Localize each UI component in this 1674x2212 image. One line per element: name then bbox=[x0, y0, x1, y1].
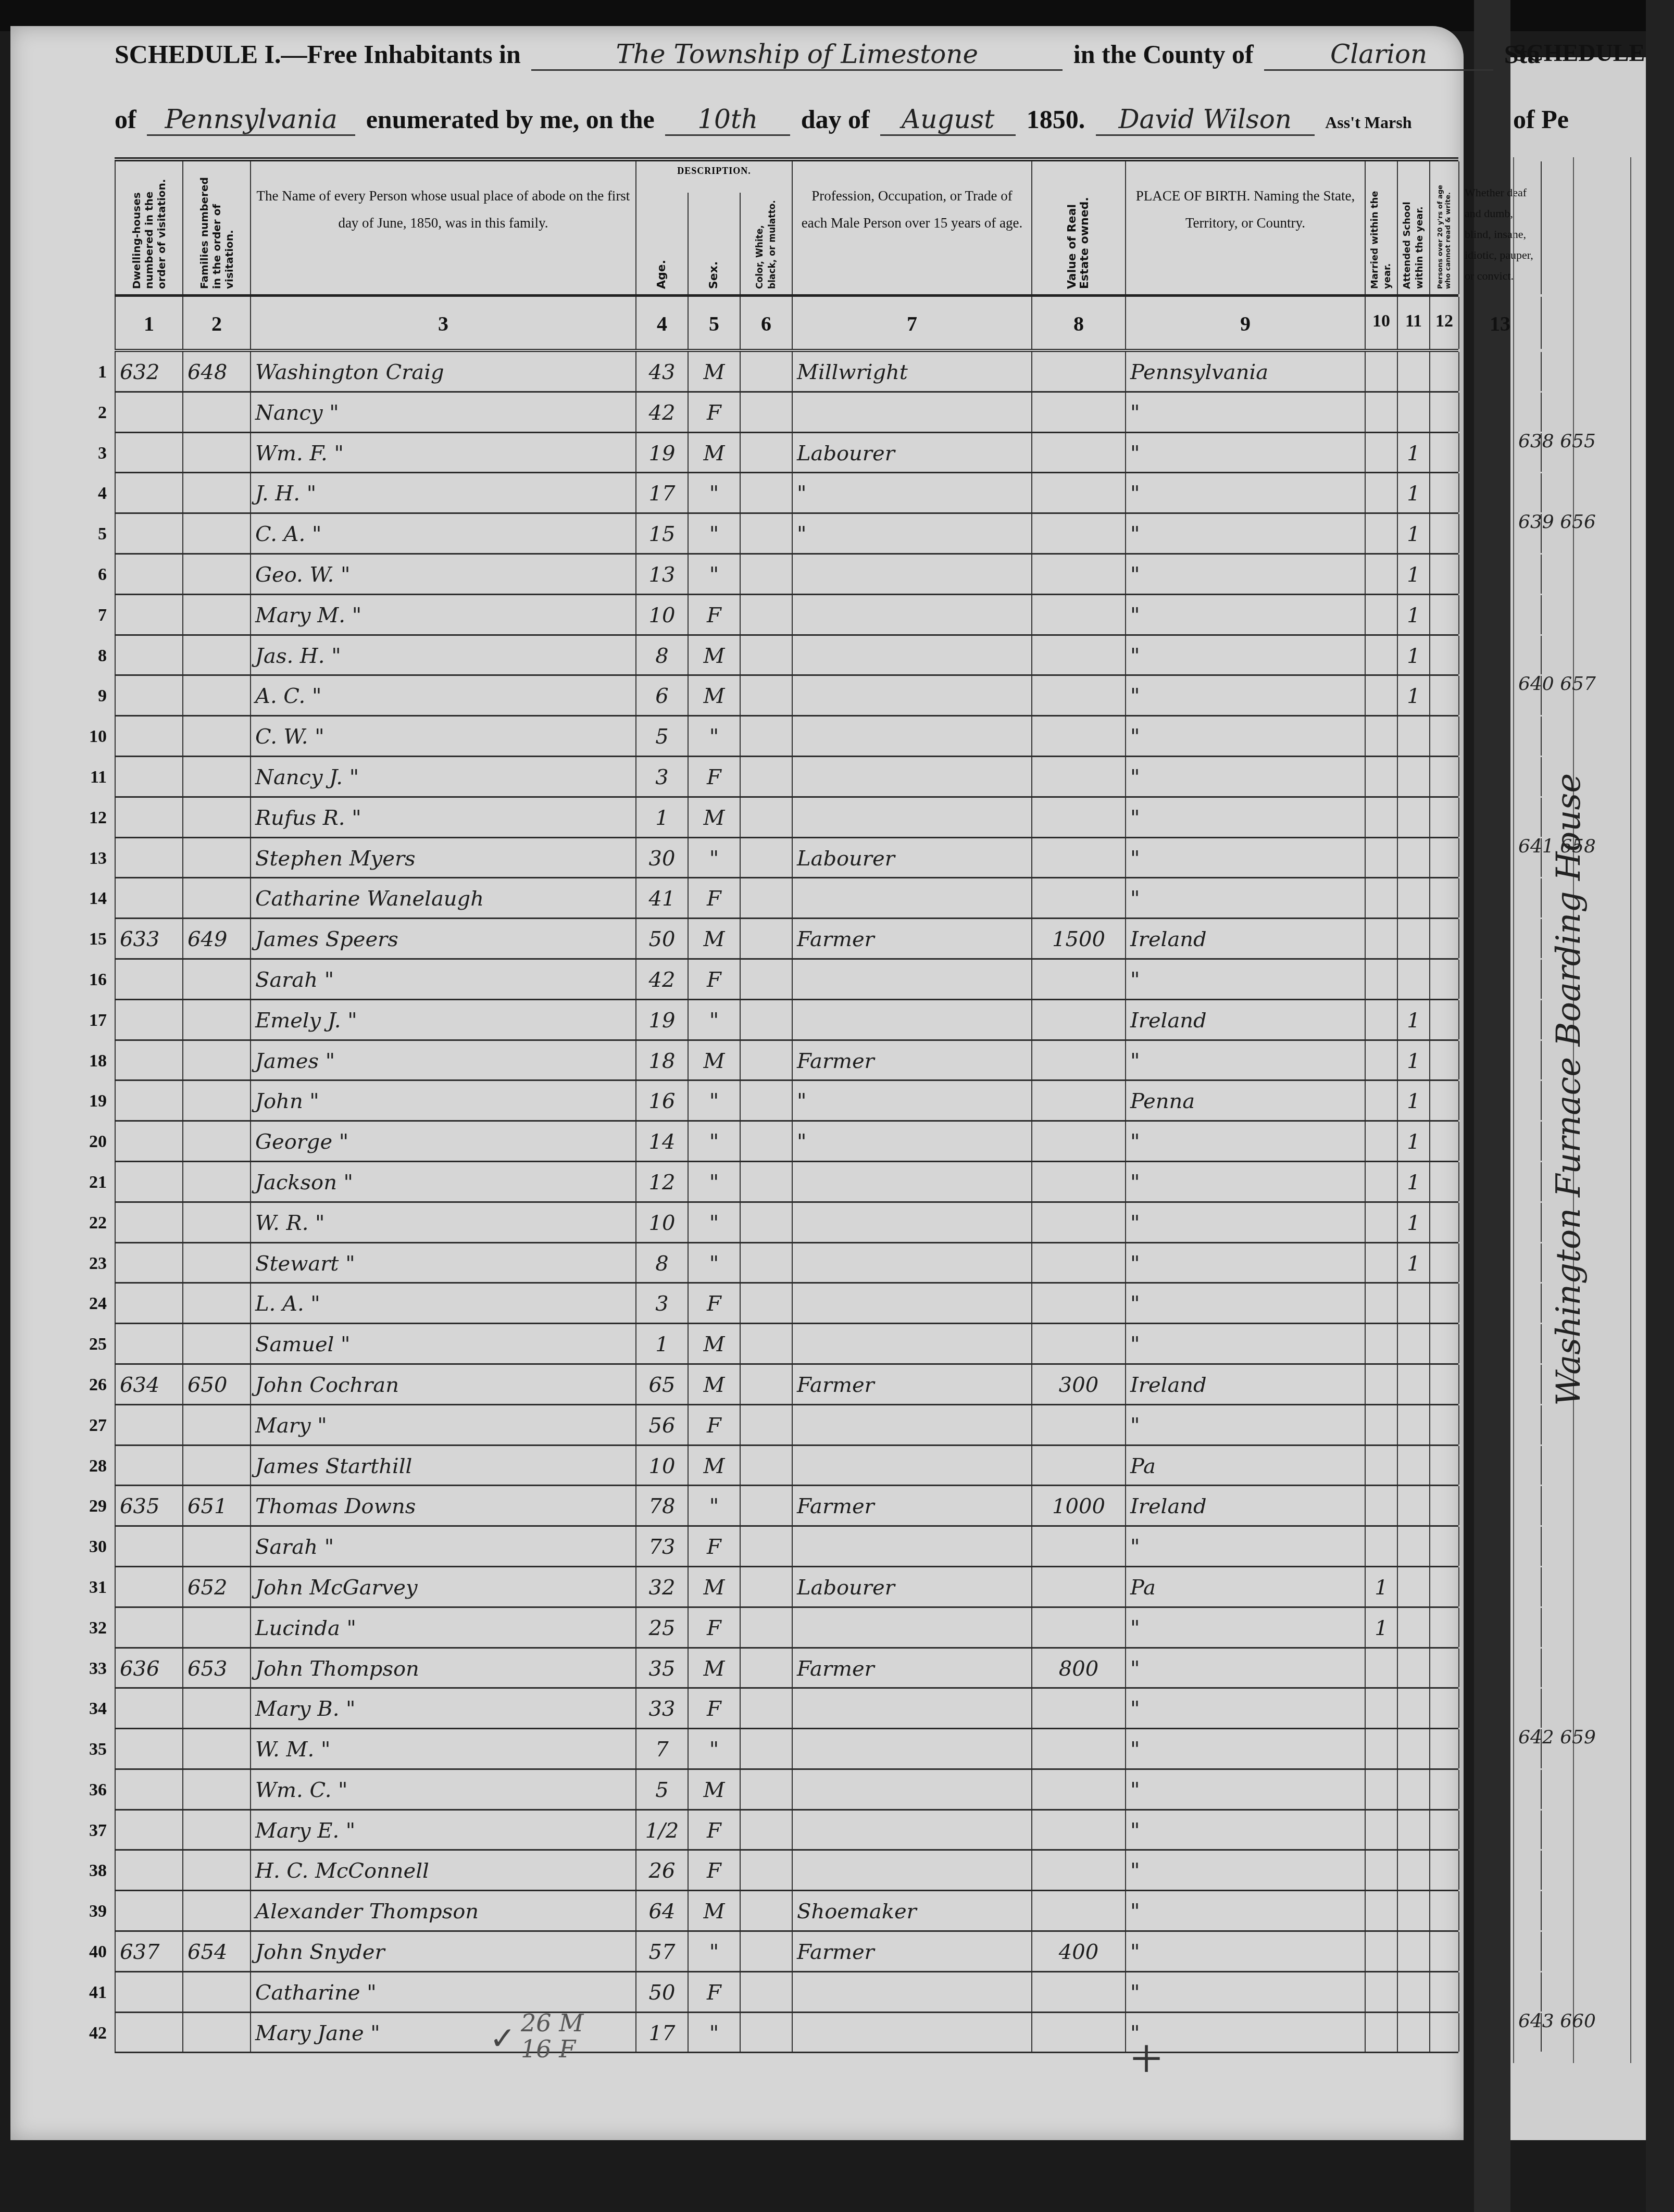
infirmity-cell bbox=[1458, 1770, 1542, 1809]
married-cell bbox=[1365, 717, 1397, 756]
name-cell: W. M. " bbox=[250, 1729, 635, 1768]
color-cell bbox=[740, 1365, 792, 1404]
occupation-cell: " bbox=[792, 514, 1031, 553]
sex-tally: 26 M 16 F bbox=[521, 2010, 583, 2062]
married-cell bbox=[1365, 838, 1397, 877]
line-number: 14 bbox=[78, 889, 107, 909]
color-cell bbox=[740, 1567, 792, 1606]
real-estate-cell bbox=[1031, 1527, 1125, 1566]
married-cell bbox=[1365, 878, 1397, 918]
color-cell bbox=[740, 838, 792, 877]
birthplace-cell: " bbox=[1125, 1284, 1365, 1323]
family-cell bbox=[182, 960, 250, 999]
illiterate-cell bbox=[1429, 717, 1458, 756]
dwelling-cell bbox=[115, 636, 182, 675]
sex-cell: " bbox=[688, 838, 740, 877]
name-cell: John McGarvey bbox=[250, 1567, 635, 1606]
line-number: 11 bbox=[78, 768, 107, 787]
table-row: 12Rufus R. "1M" bbox=[115, 798, 1458, 838]
cross-mark: + bbox=[1130, 2026, 1163, 2092]
occupation-cell bbox=[792, 1689, 1031, 1728]
family-cell bbox=[182, 838, 250, 877]
color-cell bbox=[740, 1446, 792, 1485]
name-cell: Alexander Thompson bbox=[250, 1891, 635, 1930]
census-table: Dwelling-houses numbered in the order of… bbox=[115, 157, 1458, 2053]
table-row: 41Catharine "50F" bbox=[115, 1972, 1458, 2013]
real-estate-cell bbox=[1031, 1081, 1125, 1120]
of-label: of bbox=[115, 105, 136, 134]
illiterate-cell bbox=[1429, 838, 1458, 877]
family-cell bbox=[182, 473, 250, 512]
census-rows: 1632648Washington Craig43MMillwrightPenn… bbox=[115, 352, 1458, 2053]
birthplace-cell: " bbox=[1125, 514, 1365, 553]
family-cell bbox=[182, 1000, 250, 1039]
occupation-cell bbox=[792, 798, 1031, 837]
occupation-cell bbox=[792, 1162, 1031, 1201]
line-number: 4 bbox=[78, 484, 107, 504]
infirmity-cell bbox=[1458, 1811, 1542, 1850]
family-cell bbox=[182, 757, 250, 796]
color-cell bbox=[740, 1203, 792, 1242]
family-cell bbox=[182, 1324, 250, 1363]
line-number: 30 bbox=[78, 1537, 107, 1557]
dwelling-cell bbox=[115, 1446, 182, 1485]
adjacent-entry: 642 659 bbox=[1518, 1727, 1596, 1748]
sex-cell: M bbox=[688, 1770, 740, 1809]
real-estate-cell bbox=[1031, 1567, 1125, 1606]
color-cell bbox=[740, 878, 792, 918]
occupation-cell bbox=[792, 2013, 1031, 2052]
name-cell: James " bbox=[250, 1041, 635, 1080]
birthplace-cell: " bbox=[1125, 1203, 1365, 1242]
birthplace-cell: " bbox=[1125, 1932, 1365, 1971]
col-num-4: 4 bbox=[636, 311, 688, 336]
name-cell: Catharine Wanelaugh bbox=[250, 878, 635, 918]
table-row: 39Alexander Thompson64MShoemaker" bbox=[115, 1891, 1458, 1932]
infirmity-cell bbox=[1458, 757, 1542, 796]
occupation-cell bbox=[792, 636, 1031, 675]
dwelling-cell bbox=[115, 595, 182, 634]
infirmity-cell bbox=[1458, 1649, 1542, 1688]
birthplace-cell: " bbox=[1125, 1243, 1365, 1283]
table-row: 20George "14"""1 bbox=[115, 1122, 1458, 1162]
enumerated-label: enumerated by me, on the bbox=[366, 105, 655, 134]
birthplace-cell: " bbox=[1125, 676, 1365, 715]
color-cell bbox=[740, 636, 792, 675]
infirmity-cell bbox=[1458, 636, 1542, 675]
family-cell bbox=[182, 514, 250, 553]
real-estate-cell: 400 bbox=[1031, 1932, 1125, 1971]
married-cell bbox=[1365, 1365, 1397, 1404]
table-row: 19John "16""Penna1 bbox=[115, 1081, 1458, 1122]
age-cell: 8 bbox=[635, 636, 688, 675]
name-cell: Mary M. " bbox=[250, 595, 635, 634]
family-cell bbox=[182, 1284, 250, 1323]
infirmity-cell bbox=[1458, 1284, 1542, 1323]
family-cell bbox=[182, 1891, 250, 1930]
birthplace-cell: " bbox=[1125, 1122, 1365, 1161]
birthplace-cell: " bbox=[1125, 878, 1365, 918]
sex-cell: " bbox=[688, 1203, 740, 1242]
color-cell bbox=[740, 757, 792, 796]
name-cell: Nancy J. " bbox=[250, 757, 635, 796]
married-cell bbox=[1365, 514, 1397, 553]
dwelling-cell: 632 bbox=[115, 352, 182, 391]
adjacent-entry: 640 657 bbox=[1518, 673, 1596, 695]
dwelling-cell: 635 bbox=[115, 1486, 182, 1525]
color-cell bbox=[740, 1608, 792, 1647]
illiterate-cell bbox=[1429, 1203, 1458, 1242]
name-cell: John Thompson bbox=[250, 1649, 635, 1688]
married-cell bbox=[1365, 636, 1397, 675]
dwelling-cell bbox=[115, 676, 182, 715]
family-cell bbox=[182, 1243, 250, 1283]
day-field: 10th bbox=[665, 104, 790, 136]
school-cell bbox=[1397, 1649, 1429, 1688]
birthplace-cell: Pa bbox=[1125, 1567, 1365, 1606]
family-cell bbox=[182, 595, 250, 634]
married-cell bbox=[1365, 1811, 1397, 1850]
birthplace-cell: " bbox=[1125, 757, 1365, 796]
dwelling-cell bbox=[115, 473, 182, 512]
infirmity-cell bbox=[1458, 393, 1542, 432]
dwelling-cell bbox=[115, 514, 182, 553]
birthplace-cell: " bbox=[1125, 1811, 1365, 1850]
illiterate-cell bbox=[1429, 1689, 1458, 1728]
school-cell bbox=[1397, 2013, 1429, 2052]
illiterate-cell bbox=[1429, 636, 1458, 675]
line-number: 35 bbox=[78, 1740, 107, 1759]
school-cell bbox=[1397, 393, 1429, 432]
age-cell: 10 bbox=[635, 1203, 688, 1242]
real-estate-cell bbox=[1031, 717, 1125, 756]
table-row: 1632648Washington Craig43MMillwrightPenn… bbox=[115, 352, 1458, 393]
dwelling-cell bbox=[115, 1770, 182, 1809]
illiterate-cell bbox=[1429, 1851, 1458, 1890]
birthplace-cell: Pa bbox=[1125, 1446, 1365, 1485]
illiterate-cell bbox=[1429, 555, 1458, 594]
table-row: 34Mary B. "33F" bbox=[115, 1689, 1458, 1729]
family-cell bbox=[182, 1081, 250, 1120]
dwelling-cell bbox=[115, 2013, 182, 2052]
line-number: 22 bbox=[78, 1213, 107, 1233]
color-cell bbox=[740, 1405, 792, 1444]
name-cell: John " bbox=[250, 1081, 635, 1120]
line-number: 33 bbox=[78, 1659, 107, 1679]
married-cell bbox=[1365, 555, 1397, 594]
birthplace-cell: " bbox=[1125, 1527, 1365, 1566]
married-cell bbox=[1365, 473, 1397, 512]
school-cell: 1 bbox=[1397, 1243, 1429, 1283]
real-estate-cell bbox=[1031, 514, 1125, 553]
occupation-cell bbox=[792, 1608, 1031, 1647]
age-cell: 1/2 bbox=[635, 1811, 688, 1850]
color-cell bbox=[740, 1649, 792, 1688]
infirmity-cell bbox=[1458, 798, 1542, 837]
illiterate-cell bbox=[1429, 960, 1458, 999]
occupation-cell: Farmer bbox=[792, 1041, 1031, 1080]
age-cell: 19 bbox=[635, 1000, 688, 1039]
col-header-name: The Name of every Person whose usual pla… bbox=[250, 161, 635, 294]
illiterate-cell bbox=[1429, 1527, 1458, 1566]
name-cell: Mary E. " bbox=[250, 1811, 635, 1850]
infirmity-cell bbox=[1458, 1365, 1542, 1404]
school-cell: 1 bbox=[1397, 1000, 1429, 1039]
name-cell: James Speers bbox=[250, 919, 635, 958]
dwelling-cell bbox=[115, 1081, 182, 1120]
scan-edge bbox=[1646, 0, 1674, 2212]
infirmity-cell bbox=[1458, 878, 1542, 918]
year-label: 1850. bbox=[1027, 105, 1085, 134]
real-estate-cell bbox=[1031, 433, 1125, 472]
illiterate-cell bbox=[1429, 1243, 1458, 1283]
school-cell bbox=[1397, 798, 1429, 837]
age-cell: 14 bbox=[635, 1122, 688, 1161]
birthplace-cell: Ireland bbox=[1125, 1486, 1365, 1525]
married-cell bbox=[1365, 919, 1397, 958]
school-cell bbox=[1397, 1324, 1429, 1363]
dwelling-cell bbox=[115, 1811, 182, 1850]
infirmity-cell bbox=[1458, 1203, 1542, 1242]
col-num-7: 7 bbox=[793, 311, 1031, 336]
name-cell: Wm. F. " bbox=[250, 433, 635, 472]
family-cell bbox=[182, 1811, 250, 1850]
birthplace-cell: " bbox=[1125, 1324, 1365, 1363]
table-row: 23Stewart "8""1 bbox=[115, 1243, 1458, 1284]
age-cell: 16 bbox=[635, 1081, 688, 1120]
illiterate-cell bbox=[1429, 1649, 1458, 1688]
illiterate-cell bbox=[1429, 1122, 1458, 1161]
occupation-cell bbox=[792, 1405, 1031, 1444]
table-row: 32Lucinda "25F"1 bbox=[115, 1608, 1458, 1649]
table-row: 15633649James Speers50MFarmer1500Ireland bbox=[115, 919, 1458, 960]
married-cell bbox=[1365, 1203, 1397, 1242]
married-cell bbox=[1365, 1972, 1397, 2012]
county-label: in the County of bbox=[1073, 40, 1254, 69]
line-number: 27 bbox=[78, 1416, 107, 1436]
table-row: 8Jas. H. "8M"1 bbox=[115, 636, 1458, 676]
color-cell bbox=[740, 798, 792, 837]
school-cell: 1 bbox=[1397, 1081, 1429, 1120]
dwelling-cell bbox=[115, 757, 182, 796]
real-estate-cell bbox=[1031, 1608, 1125, 1647]
illiterate-cell bbox=[1429, 1405, 1458, 1444]
infirmity-cell bbox=[1458, 1081, 1542, 1120]
dwelling-cell bbox=[115, 1527, 182, 1566]
school-cell bbox=[1397, 1689, 1429, 1728]
adjacent-col-line bbox=[1630, 157, 1631, 2063]
real-estate-cell bbox=[1031, 1122, 1125, 1161]
name-cell: J. H. " bbox=[250, 473, 635, 512]
line-number: 5 bbox=[78, 524, 107, 544]
school-cell bbox=[1397, 1608, 1429, 1647]
infirmity-cell bbox=[1458, 1324, 1542, 1363]
name-cell: Mary B. " bbox=[250, 1689, 635, 1728]
age-cell: 35 bbox=[635, 1649, 688, 1688]
married-cell bbox=[1365, 676, 1397, 715]
county-field: Clarion bbox=[1264, 39, 1493, 71]
table-row: 9A. C. "6M"1 bbox=[115, 676, 1458, 717]
line-number: 12 bbox=[78, 808, 107, 828]
col-header-illiterate: Persons over 20 y'rs of age who cannot r… bbox=[1429, 161, 1458, 294]
birthplace-cell: " bbox=[1125, 393, 1365, 432]
school-cell bbox=[1397, 1486, 1429, 1525]
col-num-1: 1 bbox=[116, 311, 182, 336]
line-number: 2 bbox=[78, 403, 107, 423]
school-cell: 1 bbox=[1397, 676, 1429, 715]
married-cell bbox=[1365, 595, 1397, 634]
married-cell bbox=[1365, 1446, 1397, 1485]
line-number: 24 bbox=[78, 1294, 107, 1314]
family-cell bbox=[182, 636, 250, 675]
check-mark: ✓ bbox=[490, 2020, 516, 2057]
color-cell bbox=[740, 1811, 792, 1850]
col-header-family: Families numbered in the order of visita… bbox=[182, 161, 250, 294]
school-cell: 1 bbox=[1397, 636, 1429, 675]
asst-marshal-label: Ass't Marsh bbox=[1325, 113, 1411, 132]
occupation-cell bbox=[792, 393, 1031, 432]
real-estate-cell: 800 bbox=[1031, 1649, 1125, 1688]
sex-cell: " bbox=[688, 1729, 740, 1768]
age-cell: 17 bbox=[635, 2013, 688, 2052]
illiterate-cell bbox=[1429, 1932, 1458, 1971]
age-cell: 43 bbox=[635, 352, 688, 391]
table-row: 21Jackson "12""1 bbox=[115, 1162, 1458, 1203]
family-cell: 652 bbox=[182, 1567, 250, 1606]
adjacent-vertical-note: Washington Furnace Boarding House bbox=[1550, 773, 1588, 1406]
married-cell bbox=[1365, 1851, 1397, 1890]
school-cell: 1 bbox=[1397, 1162, 1429, 1201]
sex-cell: M bbox=[688, 636, 740, 675]
birthplace-cell: " bbox=[1125, 1770, 1365, 1809]
table-row: 42Mary Jane "17"" bbox=[115, 2013, 1458, 2054]
table-row: 10C. W. "5"" bbox=[115, 717, 1458, 757]
adjacent-page-title: SCHEDULE bbox=[1513, 39, 1645, 67]
illiterate-cell bbox=[1429, 757, 1458, 796]
name-cell: Sarah " bbox=[250, 960, 635, 999]
infirmity-cell bbox=[1458, 1972, 1542, 2012]
col-header-school: Attended School within the year. bbox=[1397, 161, 1429, 294]
schedule-label: SCHEDULE I.—Free Inhabitants in bbox=[115, 40, 521, 69]
name-cell: George " bbox=[250, 1122, 635, 1161]
illiterate-cell bbox=[1429, 1446, 1458, 1485]
name-cell: Emely J. " bbox=[250, 1000, 635, 1039]
infirmity-cell bbox=[1458, 1405, 1542, 1444]
married-cell bbox=[1365, 1405, 1397, 1444]
illiterate-cell bbox=[1429, 1081, 1458, 1120]
color-cell bbox=[740, 1729, 792, 1768]
dwelling-cell bbox=[115, 798, 182, 837]
name-cell: Thomas Downs bbox=[250, 1486, 635, 1525]
age-cell: 19 bbox=[635, 433, 688, 472]
occupation-cell: Farmer bbox=[792, 1649, 1031, 1688]
family-cell bbox=[182, 717, 250, 756]
name-cell: C. W. " bbox=[250, 717, 635, 756]
name-cell: Lucinda " bbox=[250, 1608, 635, 1647]
married-cell bbox=[1365, 798, 1397, 837]
col-header-age: Age. bbox=[635, 193, 688, 294]
sex-cell: M bbox=[688, 352, 740, 391]
married-cell: 1 bbox=[1365, 1608, 1397, 1647]
age-cell: 78 bbox=[635, 1486, 688, 1525]
infirmity-cell bbox=[1458, 1446, 1542, 1485]
occupation-cell bbox=[792, 717, 1031, 756]
family-cell bbox=[182, 1770, 250, 1809]
school-cell bbox=[1397, 960, 1429, 999]
family-cell bbox=[182, 1729, 250, 1768]
color-cell bbox=[740, 352, 792, 391]
age-cell: 32 bbox=[635, 1567, 688, 1606]
sex-cell: M bbox=[688, 1324, 740, 1363]
dwelling-cell bbox=[115, 1405, 182, 1444]
table-row: 26634650John Cochran65MFarmer300Ireland bbox=[115, 1365, 1458, 1405]
occupation-cell bbox=[792, 1729, 1031, 1768]
age-cell: 1 bbox=[635, 798, 688, 837]
age-cell: 7 bbox=[635, 1729, 688, 1768]
col-num-8: 8 bbox=[1032, 311, 1125, 336]
line-number: 17 bbox=[78, 1011, 107, 1030]
birthplace-cell: Ireland bbox=[1125, 1000, 1365, 1039]
dwelling-cell bbox=[115, 433, 182, 472]
age-cell: 57 bbox=[635, 1932, 688, 1971]
school-cell bbox=[1397, 1284, 1429, 1323]
color-cell bbox=[740, 1932, 792, 1971]
school-cell: 1 bbox=[1397, 433, 1429, 472]
infirmity-cell bbox=[1458, 473, 1542, 512]
age-cell: 33 bbox=[635, 1689, 688, 1728]
table-row: 30Sarah "73F" bbox=[115, 1527, 1458, 1567]
illiterate-cell bbox=[1429, 798, 1458, 837]
occupation-cell bbox=[792, 1527, 1031, 1566]
family-cell bbox=[182, 1203, 250, 1242]
birthplace-cell: " bbox=[1125, 636, 1365, 675]
married-cell bbox=[1365, 2013, 1397, 2052]
line-number: 39 bbox=[78, 1902, 107, 1921]
occupation-cell: Labourer bbox=[792, 1567, 1031, 1606]
married-cell bbox=[1365, 1243, 1397, 1283]
occupation-cell: Millwright bbox=[792, 352, 1031, 391]
dwelling-cell bbox=[115, 878, 182, 918]
line-number: 3 bbox=[78, 444, 107, 463]
sex-cell: " bbox=[688, 1486, 740, 1525]
col-num-12: 12 bbox=[1430, 311, 1458, 331]
illiterate-cell bbox=[1429, 1811, 1458, 1850]
dwelling-cell bbox=[115, 1243, 182, 1283]
illiterate-cell bbox=[1429, 1608, 1458, 1647]
table-row: 13Stephen Myers30"Labourer" bbox=[115, 838, 1458, 879]
name-cell: Washington Craig bbox=[250, 352, 635, 391]
illiterate-cell bbox=[1429, 1486, 1458, 1525]
dwelling-cell: 636 bbox=[115, 1649, 182, 1688]
color-cell bbox=[740, 1284, 792, 1323]
name-cell: Stewart " bbox=[250, 1243, 635, 1283]
birthplace-cell: Ireland bbox=[1125, 919, 1365, 958]
table-row: 31652John McGarvey32MLabourerPa1 bbox=[115, 1567, 1458, 1608]
color-cell bbox=[740, 393, 792, 432]
color-cell bbox=[740, 555, 792, 594]
name-cell: Wm. C. " bbox=[250, 1770, 635, 1809]
township-field: The Township of Limestone bbox=[531, 39, 1063, 71]
enumerator-field: David Wilson bbox=[1096, 104, 1315, 136]
real-estate-cell bbox=[1031, 1203, 1125, 1242]
dwelling-cell bbox=[115, 1729, 182, 1768]
line-number: 8 bbox=[78, 646, 107, 666]
illiterate-cell bbox=[1429, 393, 1458, 432]
sex-cell: F bbox=[688, 1972, 740, 2012]
sex-cell: " bbox=[688, 514, 740, 553]
sex-cell: F bbox=[688, 960, 740, 999]
infirmity-cell bbox=[1458, 1041, 1542, 1080]
